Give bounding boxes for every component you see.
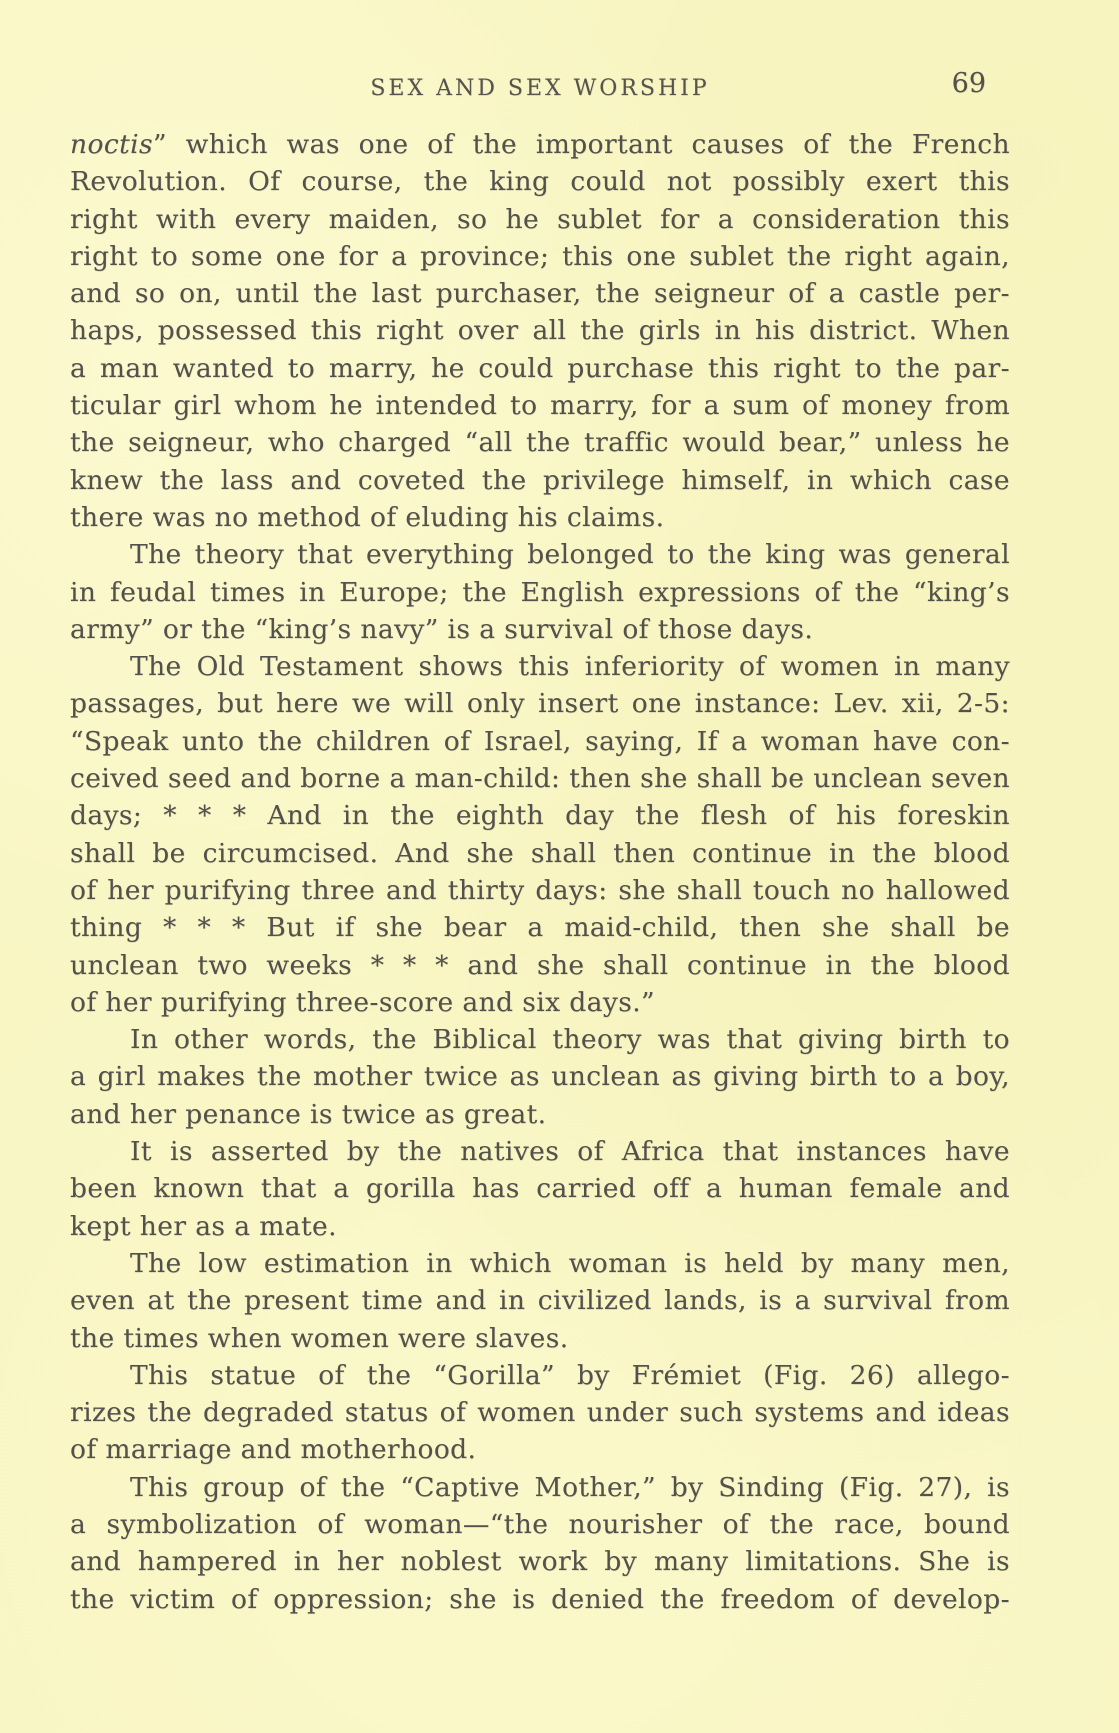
text-line: unclean two weeks * * * and she shall co… [70, 947, 1010, 984]
text-line: the times when women were slaves. [70, 1320, 1010, 1357]
paragraph: In other words, the Biblical theory was … [70, 1021, 1010, 1133]
paragraph: noctis” which was one of the important c… [70, 126, 1010, 536]
text-line: right with every maiden, so he sublet fo… [70, 201, 1010, 238]
text-line: passages, but here we will only insert o… [70, 685, 1010, 722]
text-line: and so on, until the last purchaser, the… [70, 275, 1010, 312]
text-line: even at the present time and in civilize… [70, 1282, 1010, 1319]
text-line: In other words, the Biblical theory was … [70, 1021, 1010, 1058]
text-run: ” which was one of the important causes … [153, 129, 1010, 160]
text-line: army” or the “king’s navy” is a survival… [70, 611, 1010, 648]
text-line: there was no method of eluding his claim… [70, 499, 1010, 536]
text-line: the victim of oppression; she is denied … [70, 1581, 1010, 1618]
text-line: been known that a gorilla has carried of… [70, 1170, 1010, 1207]
text-line: The low estimation in which woman is hel… [70, 1245, 1010, 1282]
paragraph: It is asserted by the natives of Africa … [70, 1133, 1010, 1245]
book-page-scan: SEX AND SEX WORSHIP 69 noctis” which was… [0, 0, 1119, 1733]
text-line: in feudal times in Europe; the English e… [70, 574, 1010, 611]
page-number: 69 [952, 68, 986, 99]
text-line: right to some one for a province; this o… [70, 238, 1010, 275]
text-line: knew the lass and coveted the privilege … [70, 462, 1010, 499]
text-line: noctis” which was one of the important c… [70, 126, 1010, 163]
text-line: haps, possessed this right over all the … [70, 312, 1010, 349]
text-line: rizes the degraded status of women under… [70, 1394, 1010, 1431]
text-line: ceived seed and borne a man-child: then … [70, 760, 1010, 797]
page-header: SEX AND SEX WORSHIP 69 [70, 74, 1010, 108]
text-line: thing * * * But if she bear a maid-child… [70, 909, 1010, 946]
paragraph: The low estimation in which woman is hel… [70, 1245, 1010, 1357]
text-line: the seigneur, who charged “all the traff… [70, 424, 1010, 461]
text-line: kept her as a mate. [70, 1208, 1010, 1245]
latin-term-italic: noctis [70, 129, 153, 160]
text-line: ticular girl whom he intended to marry, … [70, 387, 1010, 424]
text-line: and her penance is twice as great. [70, 1096, 1010, 1133]
text-line: a symbolization of woman—“the nourisher … [70, 1506, 1010, 1543]
text-line: of marriage and motherhood. [70, 1431, 1010, 1468]
paragraph: The Old Testament shows this inferiority… [70, 648, 1010, 1021]
text-line: shall be circumcised. And she shall then… [70, 835, 1010, 872]
text-line: “Speak unto the children of Israel, sayi… [70, 723, 1010, 760]
text-line: a man wanted to marry, he could purchase… [70, 350, 1010, 387]
text-line: This statue of the “Gorilla” by Frémiet … [70, 1357, 1010, 1394]
running-head-title: SEX AND SEX WORSHIP [370, 76, 709, 101]
text-line: This group of the “Captive Mother,” by S… [70, 1469, 1010, 1506]
text-line: of her purifying three-score and six day… [70, 984, 1010, 1021]
paragraph: This statue of the “Gorilla” by Frémiet … [70, 1357, 1010, 1469]
text-line: a girl makes the mother twice as unclean… [70, 1058, 1010, 1095]
text-line: of her purifying three and thirty days: … [70, 872, 1010, 909]
paragraph: This group of the “Captive Mother,” by S… [70, 1469, 1010, 1618]
text-line: The Old Testament shows this inferiority… [70, 648, 1010, 685]
text-line: The theory that everything belonged to t… [70, 536, 1010, 573]
body-text: noctis” which was one of the important c… [70, 126, 1010, 1618]
text-line: and hampered in her noblest work by many… [70, 1543, 1010, 1580]
paragraph: The theory that everything belonged to t… [70, 536, 1010, 648]
text-line: Revolution. Of course, the king could no… [70, 163, 1010, 200]
text-line: days; * * * And in the eighth day the fl… [70, 797, 1010, 834]
text-line: It is asserted by the natives of Africa … [70, 1133, 1010, 1170]
